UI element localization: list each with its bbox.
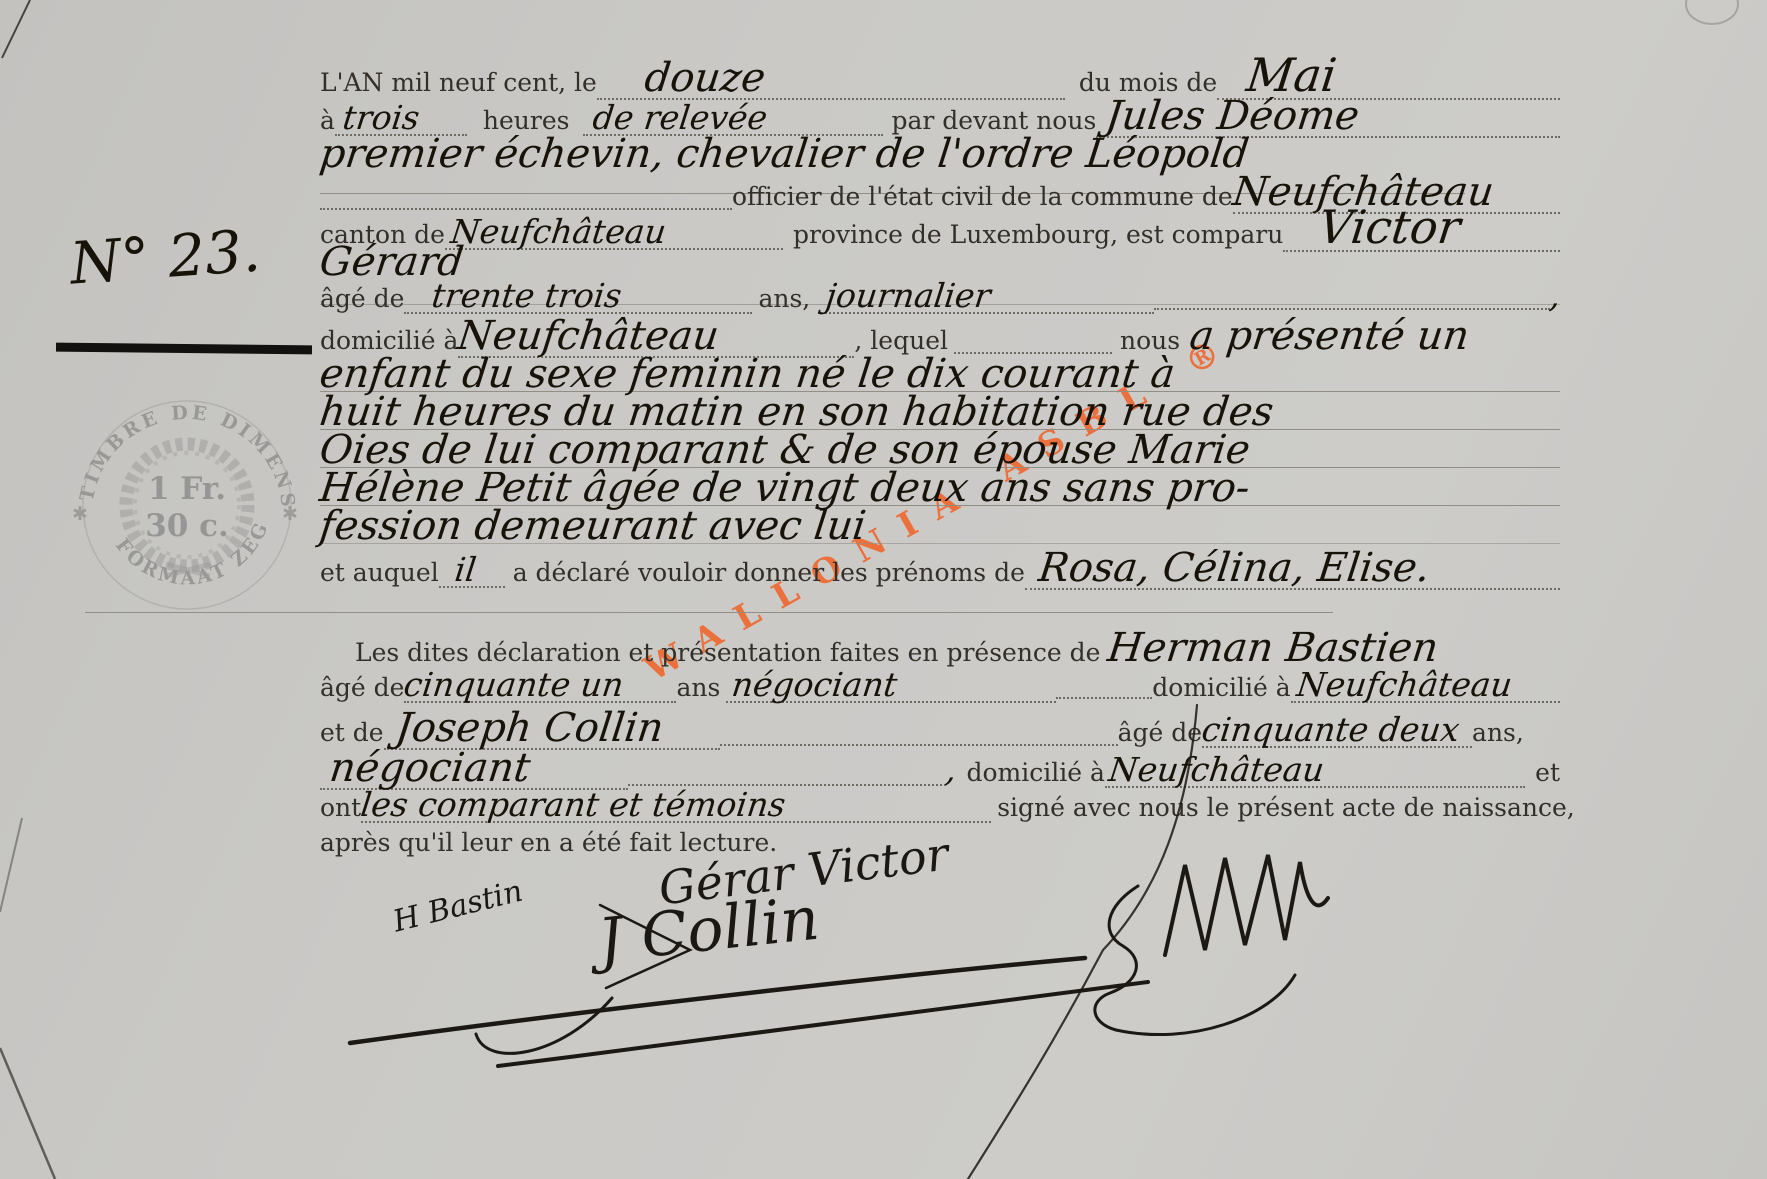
entry-officer-name: Jules Déome xyxy=(1104,96,1362,136)
form-line-12: Hélène Petit âgée de vingt deux ans sans… xyxy=(320,468,1560,508)
entry-presented: a présenté un xyxy=(1188,316,1472,356)
entry-body-text: Hélène Petit âgée de vingt deux ans sans… xyxy=(318,468,1252,508)
form-line-14: et auquel il a déclaré vouloir donner le… xyxy=(320,548,1560,590)
entry-witness2-name: Joseph Collin xyxy=(393,708,665,748)
printed-label: âgé de xyxy=(1118,718,1202,747)
act-number: N° 23. xyxy=(68,221,262,292)
signature-witness-bastin: H Bastin xyxy=(390,876,525,937)
entry-body-text: fession demeurant avec lui xyxy=(318,506,869,546)
entry-witness1-age: cinquante un xyxy=(402,668,625,701)
form-line-19: négociant , domicilié à Neufchâteau et xyxy=(320,748,1560,790)
entry-witness1-domicile: Neufchâteau xyxy=(1295,668,1514,701)
entry-witness1-profession: négociant xyxy=(730,668,899,701)
printed-label: Les dites déclaration et présentation fa… xyxy=(355,638,1100,667)
signature-witness-collin: J Collin xyxy=(595,889,821,972)
script-comma: , xyxy=(1547,279,1562,312)
form-line-13: fession demeurant avec lui xyxy=(320,506,1560,546)
entry-pronoun: il xyxy=(453,553,478,586)
printed-label: âgé de xyxy=(320,284,404,313)
form-line-9: enfant du sexe feminin né le dix courant… xyxy=(320,354,1560,394)
entry-witness2-domicile: Neufchâteau xyxy=(1107,753,1326,786)
printed-label: et de xyxy=(320,718,384,747)
entry-body-text: Oies de lui comparant & de son épouse Ma… xyxy=(318,430,1253,470)
form-line-18: et de Joseph Collin âgé de cinquante deu… xyxy=(320,708,1560,750)
section-divider-line xyxy=(85,612,1333,613)
printed-label: domicilié à xyxy=(1152,673,1290,702)
printed-label: ans, xyxy=(758,284,810,313)
entry-body-text: enfant du sexe feminin né le dix courant… xyxy=(318,354,1178,394)
stamp-value-2: 30 c. xyxy=(145,508,229,544)
printed-label: domicilié à xyxy=(967,758,1105,787)
printed-label: et auquel xyxy=(320,558,439,587)
stamp-bottom-text: FORMAAT ZEGEL xyxy=(68,386,273,590)
entry-witness2-age: cinquante deux xyxy=(1200,713,1461,746)
entry-declarant-domicile: Neufchâteau xyxy=(456,316,722,356)
stamp-deco-left: ✱ xyxy=(72,503,88,525)
entry-day: douze xyxy=(642,58,767,98)
printed-label: et xyxy=(1535,758,1560,787)
entry-signatories: les comparant et témoins xyxy=(359,788,787,821)
entry-child-firstnames: Rosa, Célina, Elise. xyxy=(1036,548,1432,588)
printed-label: après qu'il leur en a été fait lecture. xyxy=(320,828,777,857)
entry-witness2-profession: négociant xyxy=(328,748,533,788)
script-comma: , xyxy=(944,753,959,786)
entry-declarant-age: trente trois xyxy=(430,279,624,312)
form-line-16: Les dites déclaration et présentation fa… xyxy=(355,628,1560,668)
form-line-20: ont les comparant et témoins signé avec … xyxy=(320,788,1560,823)
entry-witness1-name: Herman Bastien xyxy=(1106,628,1441,668)
entry-declarant-profession: journalier xyxy=(824,279,993,312)
printed-label: âgé de xyxy=(320,673,404,702)
printed-label: a déclaré vouloir donner les prénoms de xyxy=(513,558,1025,587)
act-number-underline xyxy=(56,343,312,355)
printed-label: ont xyxy=(320,793,361,822)
stamp-deco-right: ✱ xyxy=(282,503,298,525)
printed-label: ans, xyxy=(1472,718,1524,747)
entry-hour: trois xyxy=(341,101,421,134)
form-line-7: âgé de trente trois ans, journalier , xyxy=(320,279,1560,314)
entry-officer-title: premier échevin, chevalier de l'ordre Lé… xyxy=(318,134,1252,174)
svg-text:FORMAAT ZEGEL: FORMAAT ZEGEL xyxy=(68,386,273,590)
form-line-1: L'AN mil neuf cent, le douze du mois de … xyxy=(320,52,1560,100)
printed-label: signé avec nous le présent acte de naiss… xyxy=(997,793,1575,822)
entry-body-text: huit heures du matin en son habitation r… xyxy=(318,392,1276,432)
form-line-17: âgé de cinquante un ans négociant domici… xyxy=(320,668,1560,703)
form-line-11: Oies de lui comparant & de son épouse Ma… xyxy=(320,430,1560,470)
printed-label: ans xyxy=(676,673,720,702)
stamp-value-1: 1 Fr. xyxy=(148,471,226,507)
entry-month: Mai xyxy=(1244,52,1339,98)
scanned-birth-certificate: N° 23. WALLONIA ASBL ® TIMBRE DE DIMENSI… xyxy=(0,0,1767,1179)
svg-text:TIMBRE DE DIMENSION: TIMBRE DE DIMENSION xyxy=(68,386,299,511)
stamp-top-text: TIMBRE DE DIMENSION xyxy=(68,386,299,511)
printed-label: L'AN mil neuf cent, le xyxy=(320,68,597,97)
revenue-stamp-icon: TIMBRE DE DIMENSION FORMAAT ZEGEL 1 Fr. … xyxy=(68,386,306,624)
form-line-10: huit heures du matin en son habitation r… xyxy=(320,392,1560,432)
entry-period: de relevée xyxy=(591,101,769,134)
form-line-3: premier échevin, chevalier de l'ordre Lé… xyxy=(320,134,1560,174)
